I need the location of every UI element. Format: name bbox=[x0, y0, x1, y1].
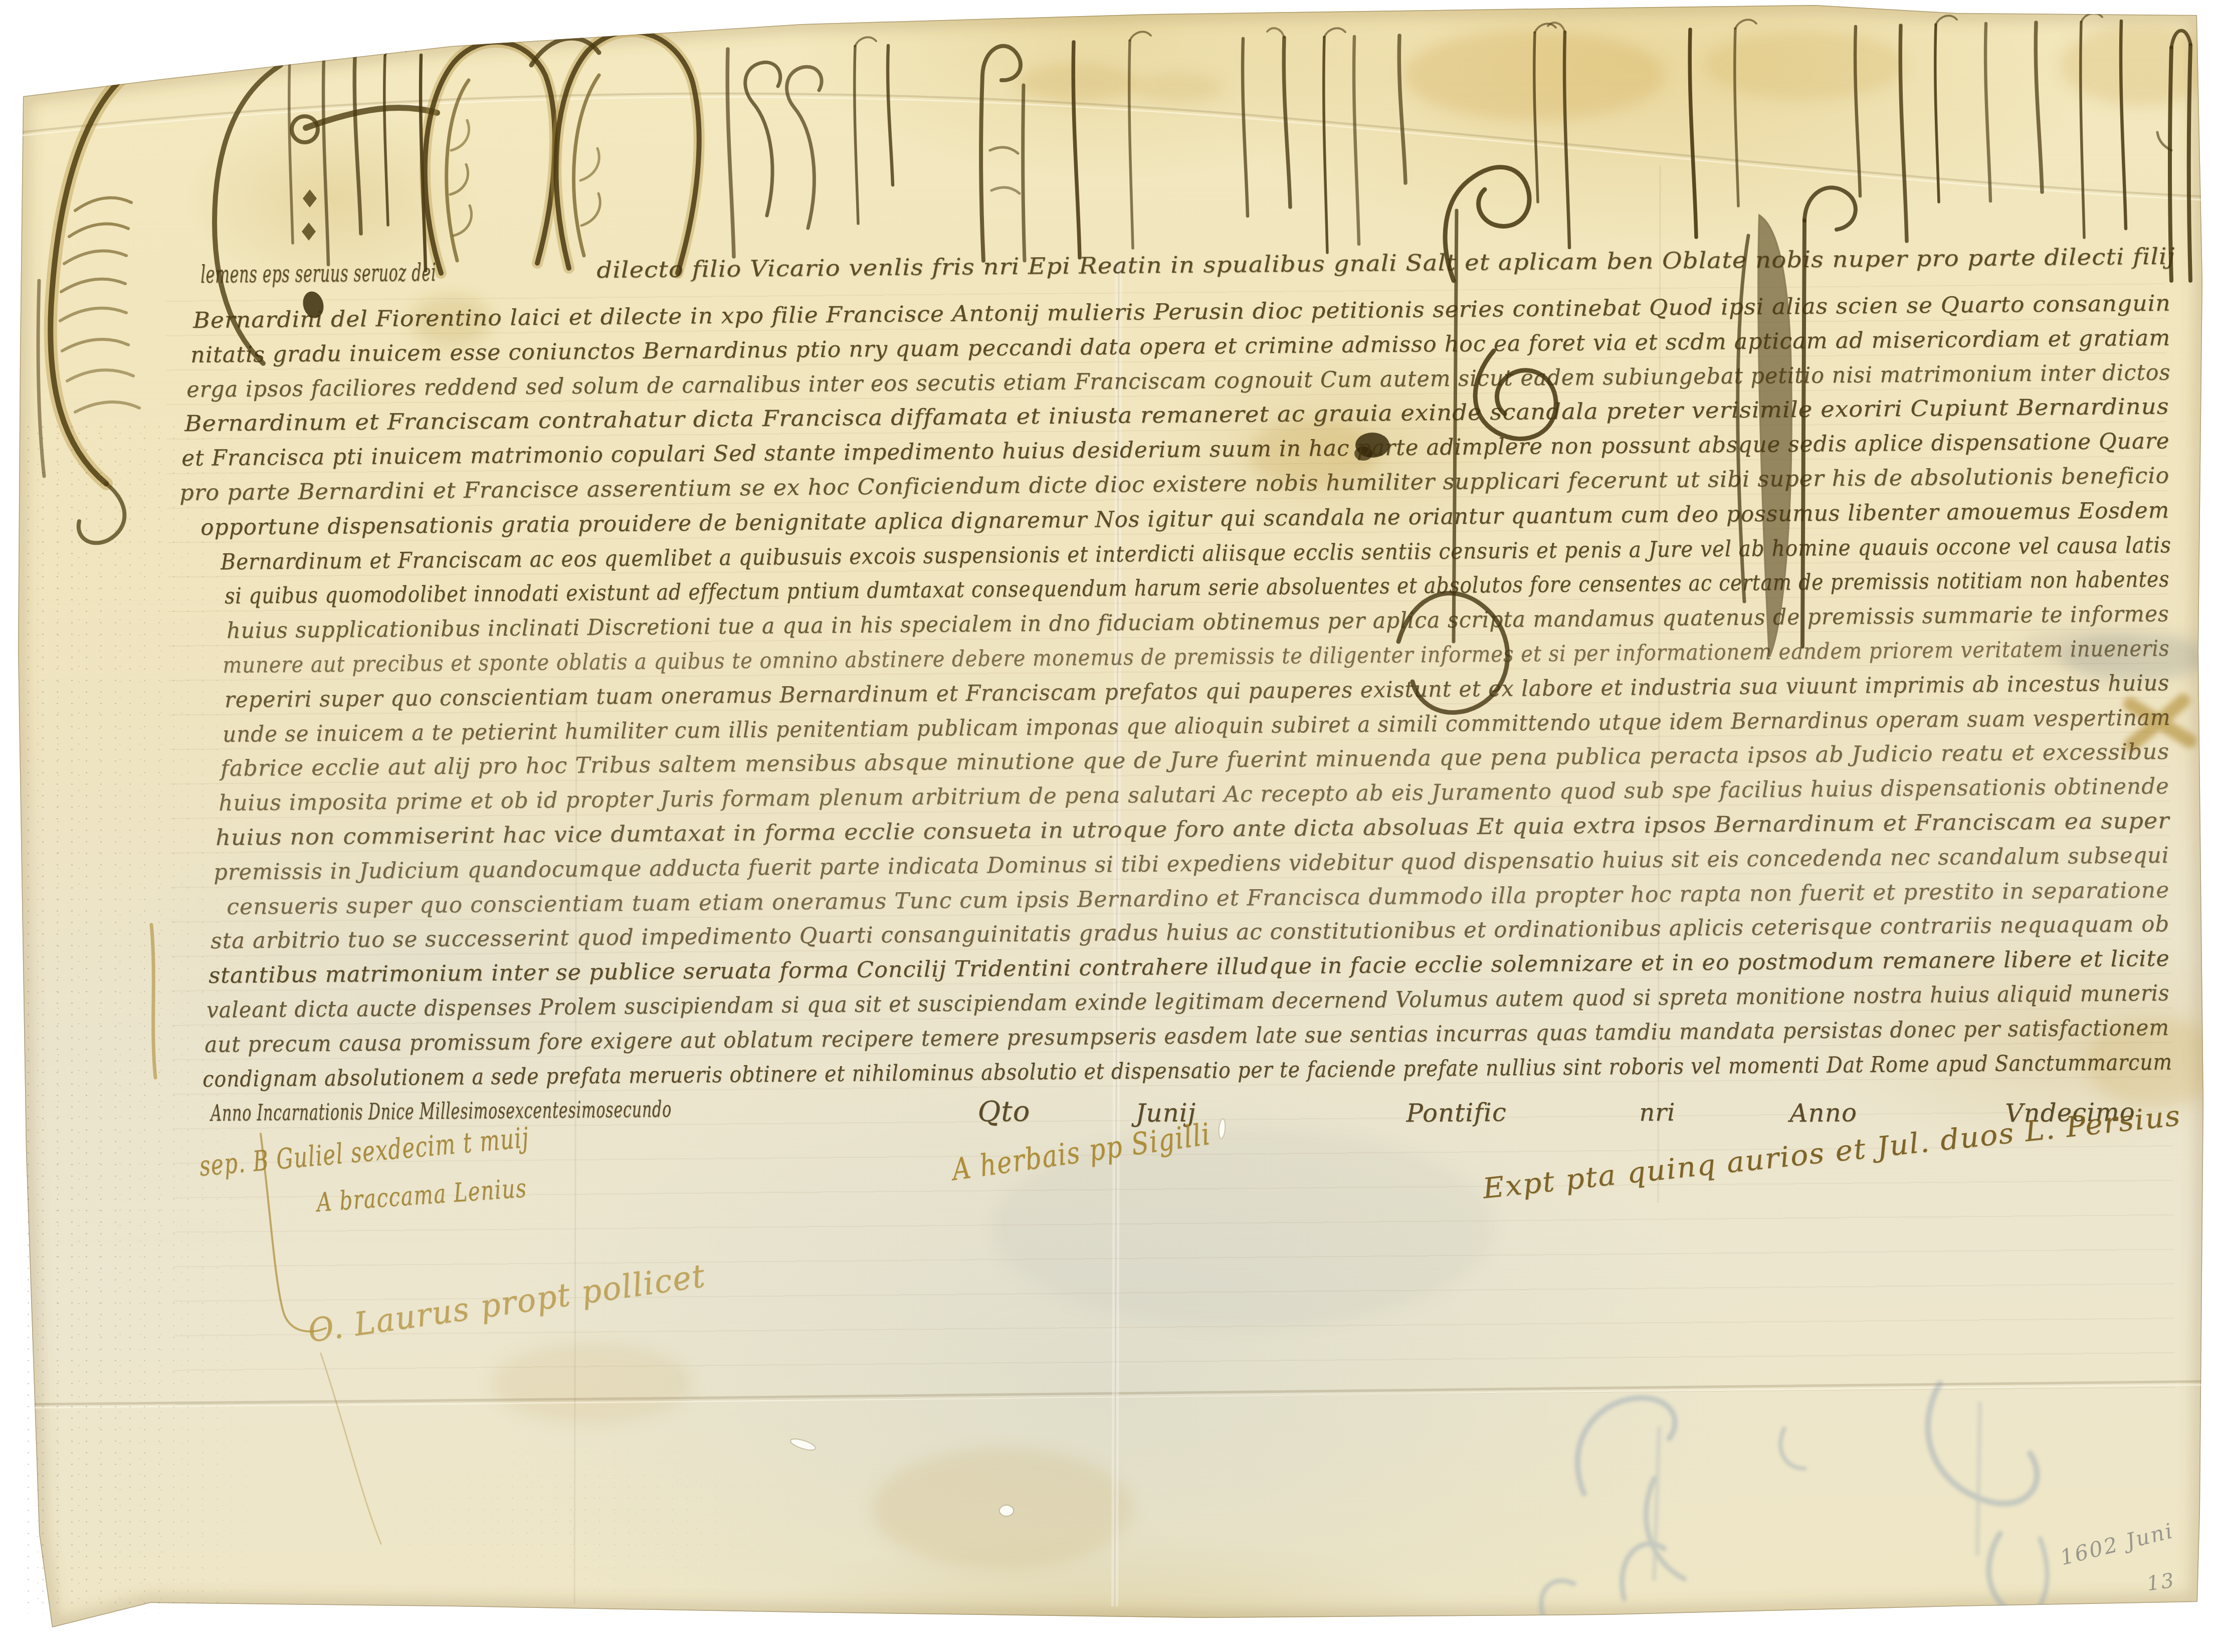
penwork-fern-curls bbox=[745, 46, 1025, 261]
dateline-anno: Anno Incarnationis Dnice Millesimosexcen… bbox=[211, 1097, 672, 1126]
scanned-parchment-page: lemens eps seruus seruoz dei dilecto fil… bbox=[0, 0, 2215, 1652]
pencil-archive-day: 13 bbox=[2145, 1569, 2177, 1595]
dateline-pontificatus: Pontific bbox=[1406, 1098, 1507, 1128]
verso-showthrough-flourishes bbox=[1541, 1383, 2047, 1624]
dateline-day: Qto bbox=[977, 1095, 1031, 1128]
dateline-anno-word: Anno bbox=[1789, 1098, 1857, 1128]
dateline-nri: nri bbox=[1639, 1098, 1676, 1127]
opening-line-left: lemens eps seruus seruoz dei bbox=[200, 259, 436, 289]
